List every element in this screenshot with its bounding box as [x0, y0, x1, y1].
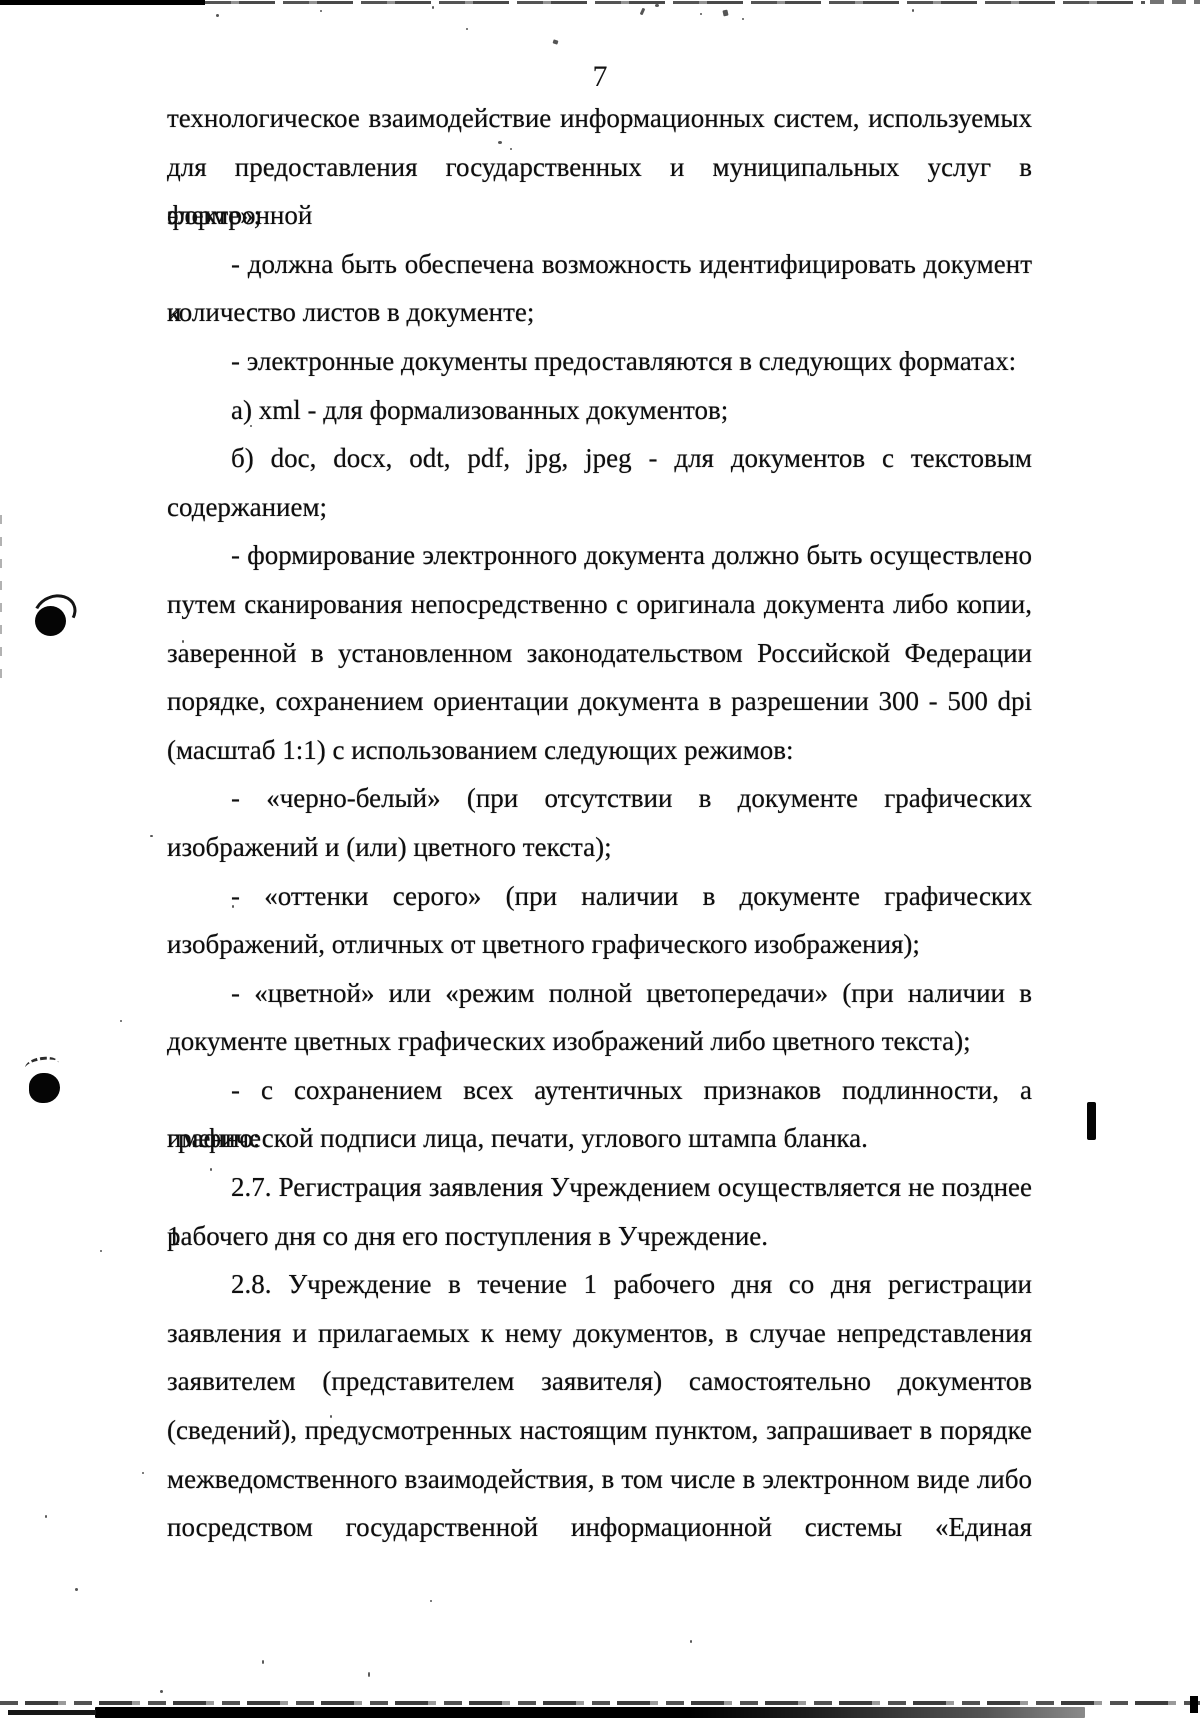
scan-speckle	[320, 10, 322, 12]
document-text-block: технологическое взаимодействие информаци…	[167, 94, 1032, 1552]
scan-speckle	[912, 9, 914, 12]
scan-speckle	[430, 1600, 432, 1602]
text-line: а) xml - для формализованных документов;	[167, 386, 1032, 435]
scan-speckle	[640, 8, 646, 16]
paragraph: технологическое взаимодействие информаци…	[167, 94, 1032, 240]
text-line: - должна быть обеспечена возможность иде…	[167, 240, 1032, 289]
paragraph: а) xml - для формализованных документов;	[167, 386, 1032, 435]
scan-edge-artifact-bottom-left	[8, 1710, 96, 1715]
paragraph: - «черно-белый» (при отсутствии в докуме…	[167, 774, 1032, 871]
scan-edge-artifact-bottom-right	[1190, 1696, 1198, 1713]
scan-speckle	[75, 1588, 78, 1591]
paragraph: - должна быть обеспечена возможность иде…	[167, 240, 1032, 337]
text-line: - электронные документы предоставляются …	[167, 337, 1032, 386]
scan-speckle	[655, 4, 659, 7]
hole-punch-arc	[24, 1054, 60, 1076]
scan-speckle	[466, 28, 468, 30]
scan-speckle	[216, 14, 219, 17]
scan-speckle	[368, 1672, 370, 1677]
scan-edge-artifact-top-line	[205, 1, 1145, 4]
scan-speckle	[722, 10, 728, 17]
hole-punch-arc	[28, 588, 82, 638]
text-line: технологическое взаимодействие информаци…	[167, 94, 1032, 143]
scanned-page: 7 технологическое взаимодействие информа…	[0, 0, 1200, 1718]
scan-speckle	[742, 18, 744, 20]
scan-speckle	[100, 1250, 102, 1252]
text-line: - «черно-белый» (при отсутствии в докуме…	[167, 774, 1032, 823]
scan-edge-artifact-bottom-line	[0, 1701, 1200, 1705]
text-line: (сведений), предусмотренных настоящим пу…	[167, 1406, 1032, 1455]
text-line: путем сканирования непосредственно с ори…	[167, 580, 1032, 629]
page-number: 7	[0, 60, 1200, 94]
paragraph: 2.7. Регистрация заявления Учреждением о…	[167, 1163, 1032, 1260]
paragraph: б) doc, docx, odt, pdf, jpg, jpeg - для …	[167, 434, 1032, 531]
paragraph: 2.8. Учреждение в течение 1 рабочего дня…	[167, 1260, 1032, 1552]
scan-speckle	[432, 6, 434, 9]
text-line: заявления и прилагаемых к нему документо…	[167, 1309, 1032, 1358]
scan-speckle	[142, 1472, 144, 1474]
paragraph: - формирование электронного документа до…	[167, 531, 1032, 774]
paragraph: - «цветной» или «режим полной цветоперед…	[167, 969, 1032, 1066]
scan-speckle	[553, 39, 559, 44]
scan-edge-artifact-bottom	[95, 1707, 1085, 1718]
text-line: заявителем (представителем заявителя) са…	[167, 1357, 1032, 1406]
scan-edge-artifact-right	[1087, 1102, 1096, 1140]
text-line: содержанием;	[167, 483, 1032, 532]
scan-edge-artifact-left	[0, 515, 2, 685]
text-line: рабочего дня со дня его поступления в Уч…	[167, 1212, 1032, 1261]
scan-edge-artifact-top-right	[1150, 0, 1200, 4]
text-line: межведомственного взаимодействия, в том …	[167, 1455, 1032, 1504]
paragraph: - «оттенки серого» (при наличии в докуме…	[167, 872, 1032, 969]
text-line: порядке, сохранением ориентации документ…	[167, 677, 1032, 726]
text-line: изображений и (или) цветного текста);	[167, 823, 1032, 872]
hole-punch-mark	[29, 1073, 60, 1103]
text-line: посредством государственной информационн…	[167, 1503, 1032, 1552]
scan-speckle	[262, 1660, 264, 1664]
text-line: для предоставления государственных и мун…	[167, 143, 1032, 192]
scan-edge-artifact-top	[0, 0, 205, 5]
scan-speckle	[150, 835, 153, 837]
text-line: - с сохранением всех аутентичных признак…	[167, 1066, 1032, 1115]
text-line: б) doc, docx, odt, pdf, jpg, jpeg - для …	[167, 434, 1032, 483]
scan-speckle	[120, 1020, 122, 1022]
text-line: количество листов в документе;	[167, 288, 1032, 337]
paragraph: - с сохранением всех аутентичных признак…	[167, 1066, 1032, 1163]
text-line: графической подписи лица, печати, углово…	[167, 1114, 1032, 1163]
paragraph: - электронные документы предоставляются …	[167, 337, 1032, 386]
text-line: - «оттенки серого» (при наличии в докуме…	[167, 872, 1032, 921]
text-line: - формирование электронного документа до…	[167, 531, 1032, 580]
scan-speckle	[45, 1515, 47, 1518]
text-line: 2.8. Учреждение в течение 1 рабочего дня…	[167, 1260, 1032, 1309]
scan-speckle	[160, 1690, 163, 1693]
text-line: (масштаб 1:1) с использованием следующих…	[167, 726, 1032, 775]
scan-speckle	[690, 1640, 692, 1643]
text-line: 2.7. Регистрация заявления Учреждением о…	[167, 1163, 1032, 1212]
scan-speckle	[700, 13, 702, 15]
text-line: изображений, отличных от цветного графич…	[167, 920, 1032, 969]
text-line: документе цветных графических изображени…	[167, 1017, 1032, 1066]
text-line: - «цветной» или «режим полной цветоперед…	[167, 969, 1032, 1018]
hole-punch-mark	[35, 606, 66, 636]
text-line: заверенной в установленном законодательс…	[167, 629, 1032, 678]
